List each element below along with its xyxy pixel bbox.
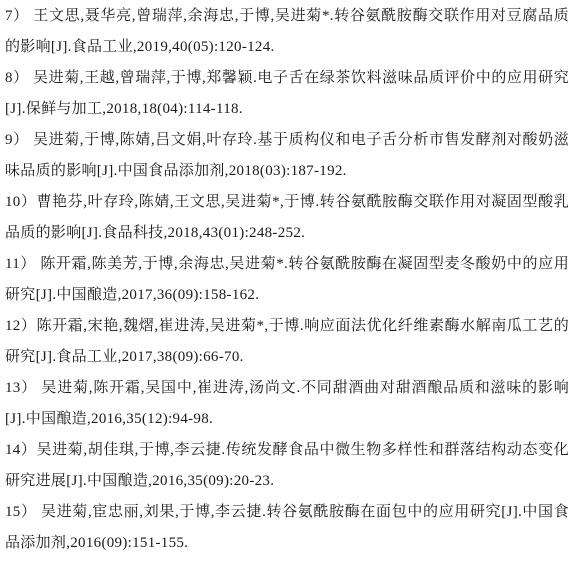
reference-item-13: 13） 吴进菊,陈开霜,吴国中,崔进涛,汤尚文.不同甜酒曲对甜酒酿品质和滋味的影… <box>5 373 569 435</box>
reference-item-14: 14）吴进菊,胡佳琪,于博,李云捷.传统发酵食品中微生物多样性和群落结构动态变化… <box>5 435 569 497</box>
document-page: 7） 王文思,聂华亮,曾瑞萍,余海忠,于博,吴进菊*.转谷氨酰胺酶交联作用对豆腐… <box>0 0 574 561</box>
reference-item-11: 11） 陈开霜,陈美芳,于博,余海忠,吴进菊*.转谷氨酰胺酶在凝固型麦冬酸奶中的… <box>5 249 569 311</box>
reference-item-8: 8） 吴进菊,王越,曾瑞萍,于博,郑馨颖.电子舌在绿茶饮料滋味品质评价中的应用研… <box>5 63 569 125</box>
reference-item-9: 9） 吴进菊,于博,陈婧,吕文娟,叶存玲.基于质构仪和电子舌分析市售发酵剂对酸奶… <box>5 125 569 187</box>
reference-item-10: 10）曹艳芬,叶存玲,陈婧,王文思,吴进菊*,于博.转谷氨酰胺酶交联作用对凝固型… <box>5 187 569 249</box>
reference-item-7: 7） 王文思,聂华亮,曾瑞萍,余海忠,于博,吴进菊*.转谷氨酰胺酶交联作用对豆腐… <box>5 1 569 63</box>
reference-item-12: 12）陈开霜,宋艳,魏熠,崔进涛,吴进菊*,于博.响应面法优化纤维素酶水解南瓜工… <box>5 311 569 373</box>
reference-item-15: 15） 吴进菊,宦忠丽,刘果,于博,李云捷.转谷氨酰胺酶在面包中的应用研究[J]… <box>5 497 569 559</box>
